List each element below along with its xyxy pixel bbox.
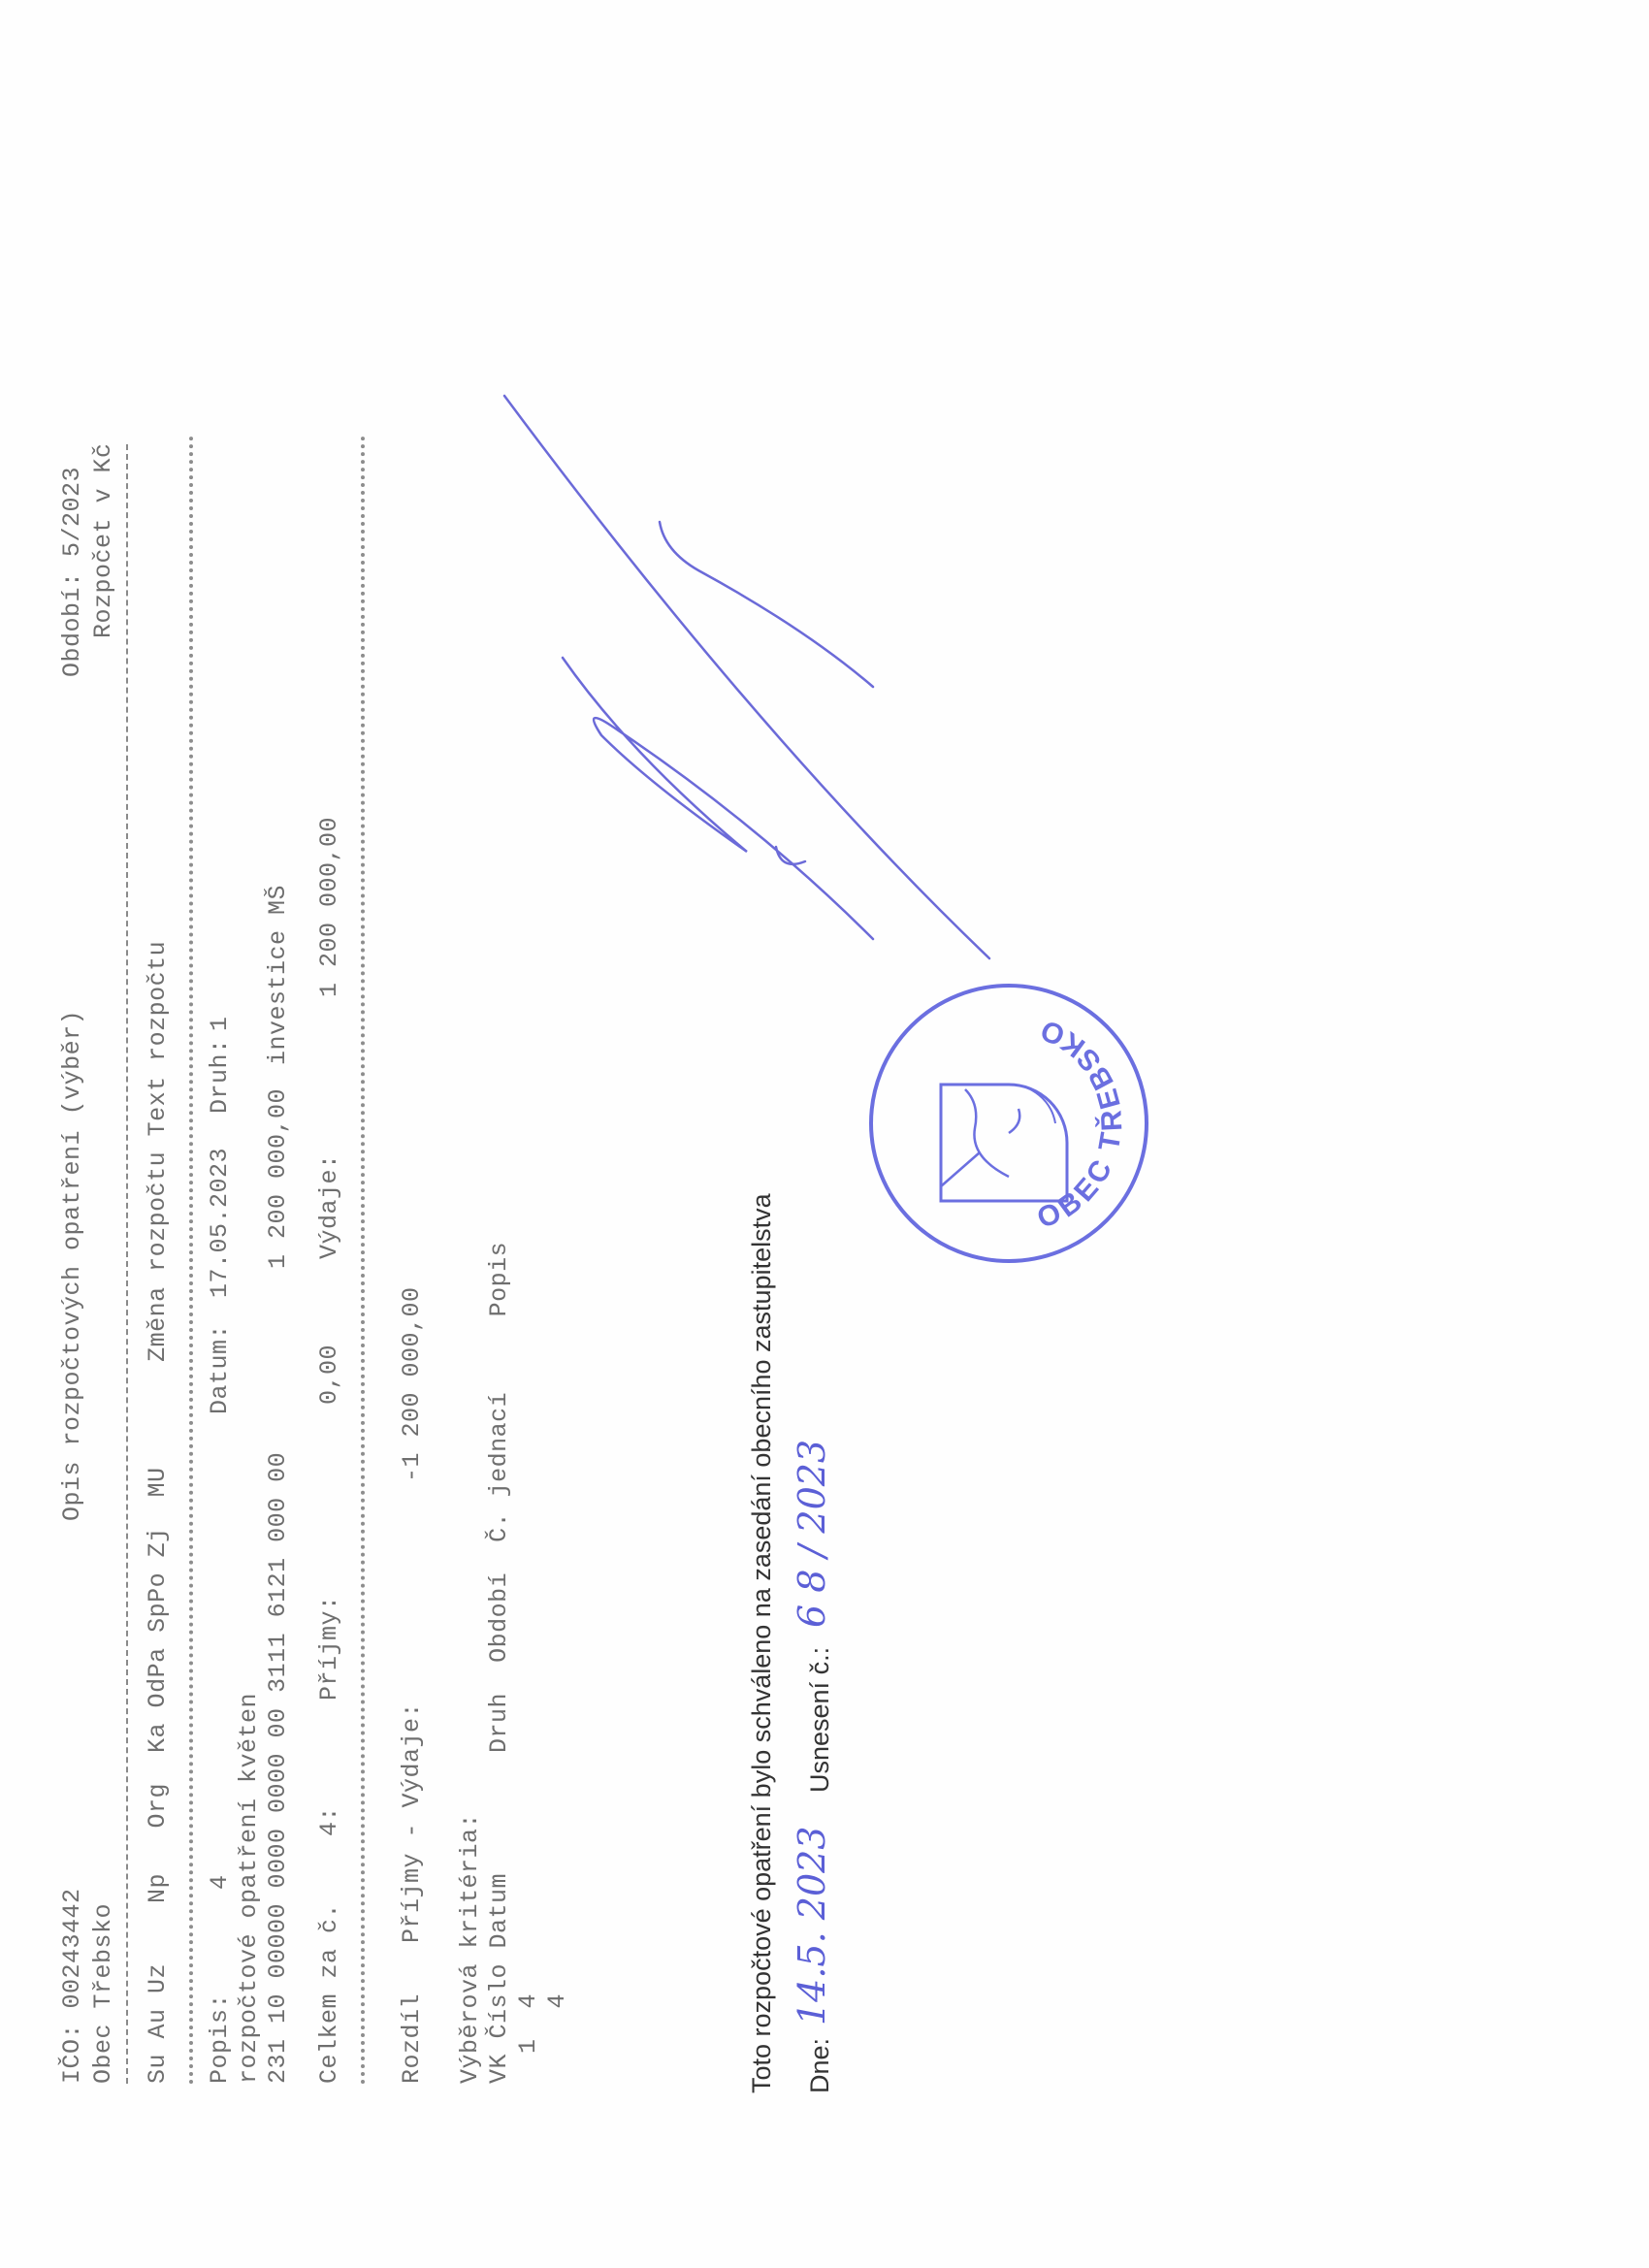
signature xyxy=(466,376,1009,978)
resolution-handwritten: 6 8 / 2023 xyxy=(791,1440,833,1628)
popis-label: Popis: xyxy=(206,1993,234,2084)
approval-date-handwritten: 14.5. 2023 xyxy=(791,1827,833,2025)
resolution-label: Usnesení č.: xyxy=(805,1647,835,1793)
difference-sublabel: Příjmy - Výdaje: xyxy=(398,1702,426,1943)
row-text: investice MŠ xyxy=(264,885,292,1065)
stamp-text: OBEC TŘEBSKO xyxy=(1033,1012,1129,1235)
report-title: Opis rozpočtových opatření (výběr) xyxy=(58,1010,86,1521)
period: Období: 5/2023 xyxy=(58,467,86,677)
criteria-header: VK Číslo Datum Druh Období Č. jednací Po… xyxy=(485,1242,513,2084)
measure-date: 17.05.2023 xyxy=(206,1148,234,1298)
criteria-row: 1 4 xyxy=(514,1993,542,2084)
datum-label: Datum: xyxy=(206,1324,234,1414)
row-change: 1 200 000,00 xyxy=(264,1088,292,1269)
approval-date-label: Dne: xyxy=(805,2038,835,2093)
dotted-divider xyxy=(361,435,365,2084)
measure-number: 4 xyxy=(206,1874,234,1890)
measure-description: rozpočtové opatření květen xyxy=(235,1693,263,2084)
totals-number: 4: xyxy=(315,1806,343,1836)
column-header: Su Au Uz Np Org Ka OdPa SpPo Zj MU Změna… xyxy=(144,941,172,2084)
unicorn-icon xyxy=(941,1089,1019,1186)
scanned-document: IČO: 00243442 Obec Třebsko Opis rozpočto… xyxy=(0,0,1649,2268)
header-divider xyxy=(126,444,128,2084)
municipal-stamp: OBEC TŘEBSKO xyxy=(863,978,1154,1269)
dotted-divider xyxy=(189,435,193,2084)
ico: IČO: 00243442 xyxy=(58,1888,86,2084)
document-page: IČO: 00243442 Obec Třebsko Opis rozpočto… xyxy=(0,0,1649,2268)
vydaje-label: Výdaje: xyxy=(315,1153,343,1259)
org-name: Obec Třebsko xyxy=(89,1903,117,2084)
vydaje-value: 1 200 000,00 xyxy=(315,817,343,997)
criteria-title: Výběrová kritéria: xyxy=(456,1813,484,2084)
approval-statement: Toto rozpočtové opatření bylo schváleno … xyxy=(747,1193,777,2093)
row-codes: 231 10 00000 0000 0000 00 3111 6121 000 … xyxy=(264,1452,292,2084)
druh-value: 1 xyxy=(206,1016,234,1031)
druh-label: Druh: xyxy=(206,1038,234,1114)
svg-text:OBEC TŘEBSKO: OBEC TŘEBSKO xyxy=(1033,1012,1129,1235)
difference-value: -1 200 000,00 xyxy=(398,1286,426,1482)
prijmy-value: 0,00 xyxy=(315,1345,343,1405)
difference-label: Rozdíl xyxy=(398,1993,426,2084)
totals-label: Celkem za č. xyxy=(315,1903,343,2084)
criteria-row: 4 xyxy=(543,1993,571,2084)
budget-unit: Rozpočet v Kč xyxy=(89,442,117,638)
prijmy-label: Příjmy: xyxy=(315,1595,343,1701)
